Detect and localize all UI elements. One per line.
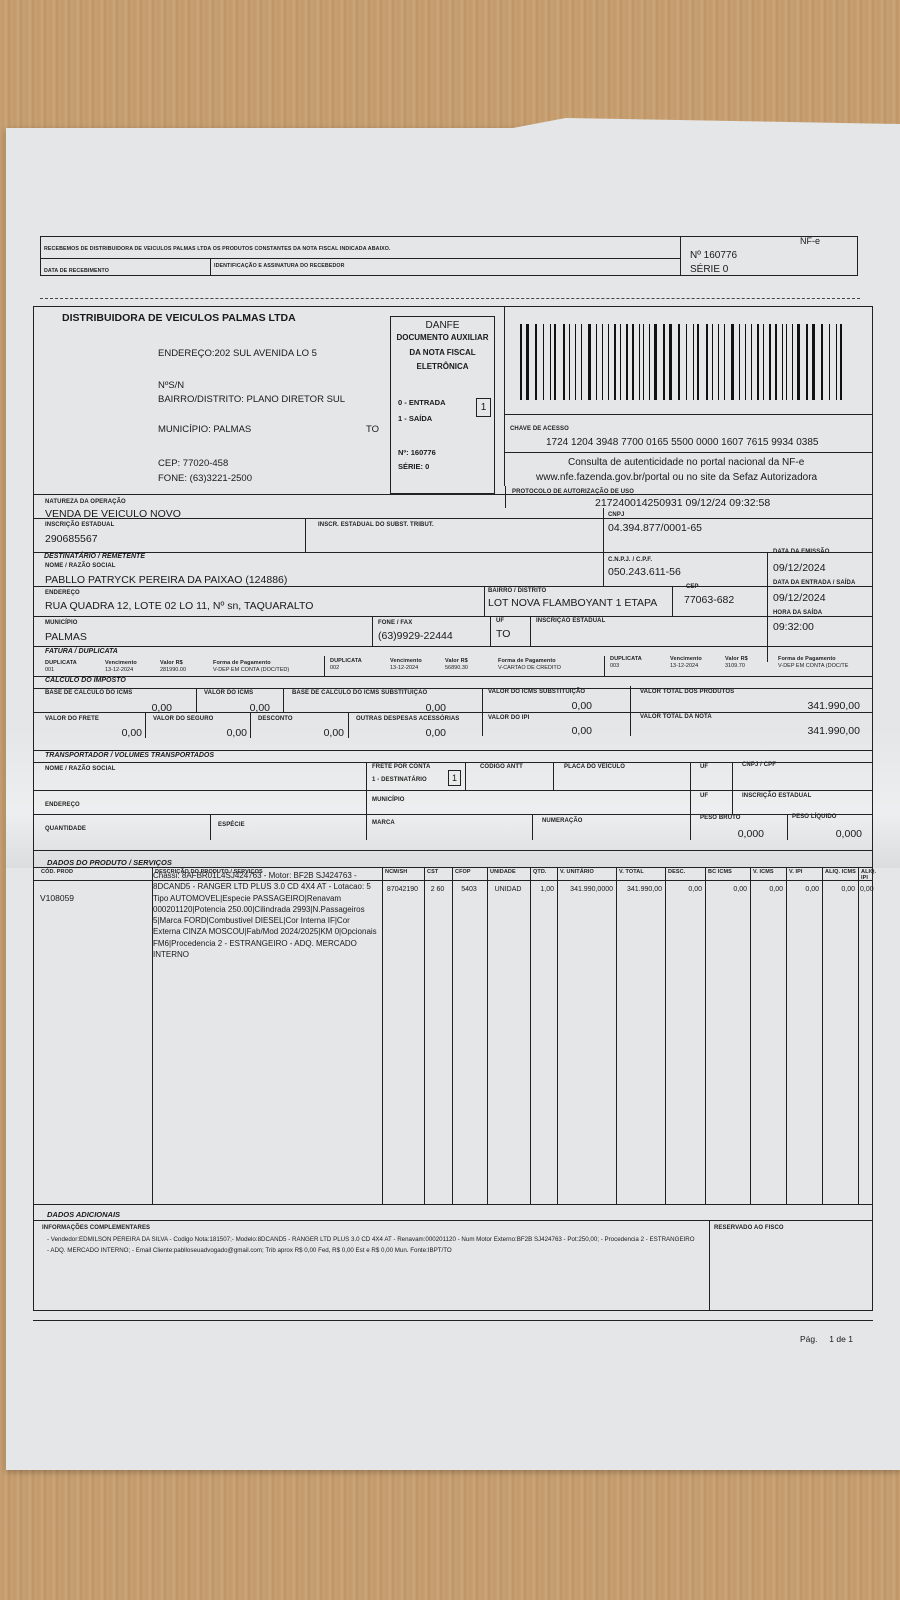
produto-col-header: V. TOTAL xyxy=(619,869,664,875)
divider xyxy=(452,867,453,1204)
divider xyxy=(33,790,873,791)
produto-cell-desc: 0,00 xyxy=(667,886,702,893)
fatura-cell: 56890.30 xyxy=(445,665,468,671)
produto-cell-aliq-icms: 0,00 xyxy=(824,886,855,893)
emissao-label: DATA DA EMISSÃO xyxy=(773,549,830,555)
total-nota: 341.990,00 xyxy=(700,725,860,737)
fatura-cell: V-DEP EM CONTA (DOC/TED) xyxy=(213,667,289,673)
fatura-cell: 13-12-2024 xyxy=(670,663,698,669)
divider xyxy=(33,586,873,587)
fatura-header: DUPLICATA xyxy=(45,660,77,666)
dest-uf: TO xyxy=(496,628,510,640)
protocolo-value: 217240014250931 09/12/24 09:32:58 xyxy=(595,497,770,509)
base-icms-label: BASE DE CALCULO DO ICMS xyxy=(45,690,132,696)
produto-cell-v-ipi: 0,00 xyxy=(788,886,819,893)
nfe-label: NF-e xyxy=(800,236,820,246)
divider xyxy=(33,1204,873,1205)
paper-fold xyxy=(460,118,900,138)
divider xyxy=(324,656,325,676)
produto-cell-aliq-ipi: 0,00 xyxy=(860,886,869,893)
divider xyxy=(210,814,211,840)
fatura-cell: V-DEP EM CONTA (DOC/TE xyxy=(778,663,848,669)
fatura-header: Forma de Pagamento xyxy=(213,660,271,666)
dest-bairro: LOT NOVA FLAMBOYANT 1 ETAPA xyxy=(488,597,657,609)
divider xyxy=(33,616,873,617)
transp-uf-label: UF xyxy=(700,764,708,770)
cut-line xyxy=(40,298,860,299)
divider xyxy=(603,508,604,552)
divider xyxy=(145,712,146,738)
hora-value: 09:32:00 xyxy=(773,621,814,633)
produto-col-header: CST xyxy=(427,869,451,875)
danfe-serie: SÉRIE: 0 xyxy=(398,462,429,471)
transp-uf2-label: UF xyxy=(700,793,708,799)
desconto-label: DESCONTO xyxy=(258,716,293,722)
divider xyxy=(616,867,617,1204)
fatura-header: Forma de Pagamento xyxy=(498,658,556,664)
fatura-cell: 003 xyxy=(610,663,619,669)
total-nota-label: VALOR TOTAL DA NOTA xyxy=(640,714,712,720)
divider xyxy=(630,686,631,736)
canhoto-serie: SÉRIE 0 xyxy=(690,264,728,275)
danfe-line3: ELETRÔNICA xyxy=(390,362,495,371)
produto-cell-v-total: 341.990,00 xyxy=(618,886,662,893)
danfe-line2: DA NOTA FISCAL xyxy=(390,348,495,357)
produto-cell-bc-icms: 0,00 xyxy=(707,886,747,893)
divider xyxy=(672,586,673,616)
desconto-value: 0,00 xyxy=(272,727,344,739)
antt-label: CÓDIGO ANTT xyxy=(480,764,523,770)
divider xyxy=(490,616,491,646)
base-st-label: BASE DE CALCULO DO ICMS SUBSTITUIÇÃO xyxy=(292,690,427,696)
produto-col-header: UNIDADE xyxy=(490,869,529,875)
dest-cep: 77063-682 xyxy=(684,594,734,606)
divider xyxy=(196,688,197,712)
divider xyxy=(33,518,873,519)
divider xyxy=(604,656,605,676)
produto-col-header: CÓD. PROD xyxy=(41,869,151,875)
outras-value: 0,00 xyxy=(380,727,446,739)
fatura-header: Valor R$ xyxy=(725,656,748,662)
divider xyxy=(33,646,873,647)
canhoto-numero: Nº 160776 xyxy=(690,250,737,261)
quantidade-label: QUANTIDADE xyxy=(45,826,86,832)
dest-fone: (63)9929-22444 xyxy=(378,630,453,642)
divider xyxy=(210,258,211,276)
produto-col-header: V. IPI xyxy=(789,869,821,875)
produto-col-header: ALIQ. ICMS xyxy=(825,869,857,875)
consulta-line2: www.nfe.fazenda.gov.br/portal ou no site… xyxy=(536,472,817,483)
divider xyxy=(283,688,284,712)
dest-cpf: 050.243.611-56 xyxy=(608,566,681,578)
divider xyxy=(305,518,306,552)
frete-conta-option: 1 - DESTINATÁRIO xyxy=(372,777,427,783)
divider xyxy=(33,688,873,689)
produto-col-header: V. UNITÁRIO xyxy=(560,869,615,875)
identificacao-label: IDENTIFICAÇÃO E ASSINATURA DO RECEBEDOR xyxy=(214,263,345,269)
danfe-entrada: 0 - ENTRADA xyxy=(398,398,446,407)
fatura-section: FATURA / DUPLICATA xyxy=(45,648,118,655)
dest-cep-label: CEP xyxy=(686,584,699,590)
entrada-saida-label: DATA DA ENTRADA / SAÍDA xyxy=(773,580,855,586)
emitente-endereco: ENDEREÇO:202 SUL AVENIDA LO 5 xyxy=(158,348,317,359)
fatura-header: Vencimento xyxy=(390,658,422,664)
transp-nome-label: NOME / RAZÃO SOCIAL xyxy=(45,766,116,772)
valor-icms-label: VALOR DO ICMS xyxy=(204,690,253,696)
frete-value: 0,00 xyxy=(70,727,142,739)
danfe-tipo-box: 1 xyxy=(476,398,491,417)
produto-col-header: CFOP xyxy=(455,869,486,875)
chave-label: CHAVE DE ACESSO xyxy=(510,426,569,432)
imposto-section: CALCULO DO IMPOSTO xyxy=(45,677,126,684)
fatura-header: Vencimento xyxy=(105,660,137,666)
divider xyxy=(40,258,680,259)
dest-fone-label: FONE / FAX xyxy=(378,620,412,626)
divider xyxy=(33,676,873,677)
divider xyxy=(33,814,873,815)
frete-conta-label: FRETE POR CONTA xyxy=(372,764,430,770)
adicionais-section: DADOS ADICIONAIS xyxy=(47,1210,120,1219)
produto-cell-v-icms: 0,00 xyxy=(752,886,783,893)
dest-nome: PABLLO PATRYCK PEREIRA DA PAIXAO (124886… xyxy=(45,574,287,586)
seguro-value: 0,00 xyxy=(175,727,247,739)
danfe-numero: Nº: 160776 xyxy=(398,448,436,457)
chave-value: 1724 1204 3948 7700 0165 5500 0000 1607 … xyxy=(546,437,819,448)
ie-label: INSCRIÇÃO ESTADUAL xyxy=(45,522,114,528)
cnpj-value: 04.394.877/0001-65 xyxy=(608,522,702,534)
dest-ie-label: INSCRIÇÃO ESTADUAL xyxy=(536,618,605,624)
transp-ie-label: INSCRIÇÃO ESTADUAL xyxy=(742,793,811,799)
total-produtos-label: VALOR TOTAL DOS PRODUTOS xyxy=(640,689,734,695)
peso-liquido-label: PESO LÍQUIDO xyxy=(792,814,837,820)
info-complementares: - Vendedor:EDMILSON PEREIRA DA SILVA - C… xyxy=(47,1234,697,1256)
frete-label: VALOR DO FRETE xyxy=(45,716,99,722)
divider xyxy=(603,552,604,586)
barcode-icon xyxy=(520,324,850,400)
divider xyxy=(709,1220,710,1310)
divider xyxy=(705,867,706,1204)
fatura-header: DUPLICATA xyxy=(610,656,642,662)
produto-cell-v-unit: 341.990,0000 xyxy=(559,886,613,893)
divider xyxy=(33,494,873,495)
peso-liquido: 0,000 xyxy=(792,828,862,840)
fisco-label: RESERVADO AO FISCO xyxy=(714,1225,784,1231)
outras-label: OUTRAS DESPESAS ACESSÓRIAS xyxy=(356,716,459,722)
danfe-title: DANFE xyxy=(390,320,495,331)
emitente-fone: FONE: (63)3221-2500 xyxy=(158,473,252,484)
divider xyxy=(33,552,873,553)
transp-cnpj-label: CNPJ / CPF xyxy=(742,762,776,768)
consulta-line1: Consulta de autenticidade no portal naci… xyxy=(568,457,804,468)
page-number: Pág. 1 de 1 xyxy=(800,1334,853,1344)
canhoto-recebemos: RECEBEMOS DE DISTRIBUIDORA DE VEICULOS P… xyxy=(44,246,391,252)
divider xyxy=(732,762,733,814)
produto-col-header: DESC. xyxy=(668,869,704,875)
fatura-header: Valor R$ xyxy=(160,660,183,666)
ie-value: 290685567 xyxy=(45,533,98,545)
transportador-section: TRANSPORTADOR / VOLUMES TRANSPORTADOS xyxy=(45,752,214,759)
divider xyxy=(822,867,823,1204)
produto-col-header: BC ICMS xyxy=(708,869,749,875)
emitente-numero: NºS/N xyxy=(158,380,184,391)
produto-cell-cst: 2 60 xyxy=(426,886,449,893)
fatura-cell: 001 xyxy=(45,667,54,673)
destinatario-section: DESTINATÁRIO / REMETENTE xyxy=(44,553,145,560)
transp-endereco-label: ENDEREÇO xyxy=(45,802,80,808)
produto-cell-ncm: 87042190 xyxy=(384,886,421,893)
emitente-uf: TO xyxy=(366,424,379,435)
entrada-saida-value: 09/12/2024 xyxy=(773,592,826,604)
dest-uf-label: UF xyxy=(496,618,504,624)
fatura-cell: 13-12-2024 xyxy=(390,665,418,671)
divider xyxy=(487,867,488,1204)
emitente-cep: CEP: 77020-458 xyxy=(158,458,228,469)
peso-bruto: 0,000 xyxy=(700,828,764,840)
divider xyxy=(484,586,485,616)
divider xyxy=(348,712,349,738)
ie-st-label: INSCR. ESTADUAL DO SUBST. TRIBUT. xyxy=(318,522,434,528)
cnpj-label: CNPJ xyxy=(608,512,624,518)
hora-label: HORA DA SAÍDA xyxy=(773,610,822,616)
divider xyxy=(33,712,873,713)
divider xyxy=(557,867,558,1204)
dest-nome-label: NOME / RAZÃO SOCIAL xyxy=(45,563,116,569)
divider xyxy=(690,762,691,814)
info-label: INFORMAÇÕES COMPLEMENTARES xyxy=(42,1225,150,1231)
dest-municipio-label: MUNICÍPIO xyxy=(45,620,78,626)
divider xyxy=(680,236,681,276)
divider xyxy=(690,814,691,840)
divider xyxy=(750,867,751,1204)
divider xyxy=(33,1220,873,1221)
danfe-line1: DOCUMENTO AUXILIAR xyxy=(390,333,495,342)
produto-col-header: NCM/SH xyxy=(385,869,423,875)
fatura-cell: 3109.70 xyxy=(725,663,745,669)
divider xyxy=(665,867,666,1204)
valor-st-label: VALOR DO ICMS SUBSTITUIÇÃO xyxy=(488,689,585,695)
divider xyxy=(33,1320,873,1321)
fatura-cell: 002 xyxy=(330,665,339,671)
divider xyxy=(33,750,873,751)
divider xyxy=(530,616,531,646)
fatura-header: DUPLICATA xyxy=(330,658,362,664)
divider xyxy=(786,867,787,1204)
divider xyxy=(787,814,788,840)
divider xyxy=(250,712,251,738)
transp-municipio-label: MUNICÍPIO xyxy=(372,797,405,803)
emitente-nome: DISTRIBUIDORA DE VEICULOS PALMAS LTDA xyxy=(62,312,296,324)
produto-cell-qtd: 1,00 xyxy=(532,886,554,893)
divider xyxy=(858,867,859,1204)
emitente-bairro: BAIRRO/DISTRITO: PLANO DIRETOR SUL xyxy=(158,394,345,405)
divider xyxy=(530,867,531,1204)
produto-col-header: QTD. xyxy=(533,869,556,875)
marca-label: MARCA xyxy=(372,820,395,826)
especie-label: ESPÉCIE xyxy=(218,822,245,828)
fatura-header: Vencimento xyxy=(670,656,702,662)
divider xyxy=(366,762,367,840)
divider xyxy=(504,306,505,486)
ipi-label: VALOR DO IPI xyxy=(488,715,529,721)
ipi-value: 0,00 xyxy=(520,725,592,737)
fatura-cell: V-CARTAO DE CREDITO xyxy=(498,665,561,671)
seguro-label: VALOR DO SEGURO xyxy=(153,716,213,722)
divider xyxy=(504,414,873,415)
numeracao-label: NUMERAÇÃO xyxy=(542,818,583,824)
emitente-municipio: MUNICÍPIO: PALMAS xyxy=(158,424,251,435)
danfe-saida: 1 - SAÍDA xyxy=(398,414,432,423)
divider xyxy=(553,762,554,790)
prod-cod: V108059 xyxy=(40,893,74,903)
fatura-header: Valor R$ xyxy=(445,658,468,664)
divider xyxy=(382,867,383,1204)
dest-endereco-label: ENDEREÇO xyxy=(45,590,80,596)
produto-col-header: V. ICMS xyxy=(753,869,785,875)
produto-col-header: ALIQ. IPI xyxy=(861,869,871,881)
divider xyxy=(33,850,873,851)
divider xyxy=(465,762,466,790)
divider xyxy=(33,867,873,868)
fatura-header: Forma de Pagamento xyxy=(778,656,836,662)
dest-municipio: PALMAS xyxy=(45,631,87,643)
divider xyxy=(372,616,373,646)
fatura-cell: 281990.00 xyxy=(160,667,186,673)
divider xyxy=(505,486,506,508)
emissao-value: 09/12/2024 xyxy=(773,562,826,574)
data-recebimento-label: DATA DE RECEBIMENTO xyxy=(44,268,109,274)
frete-conta-box: 1 xyxy=(448,770,461,786)
dest-bairro-label: BAIRRO / DISTRITO xyxy=(488,588,546,594)
natureza-label: NATUREZA DA OPERAÇÃO xyxy=(45,499,126,505)
produto-cell-unidade: UNIDAD xyxy=(489,886,527,893)
produto-cell-cfop: 5403 xyxy=(454,886,484,893)
divider xyxy=(504,452,873,453)
divider xyxy=(532,814,533,840)
total-produtos: 341.990,00 xyxy=(700,700,860,712)
peso-bruto-label: PESO BRUTO xyxy=(700,815,741,821)
dest-endereco: RUA QUADRA 12, LOTE 02 LO 11, Nº sn, TAQ… xyxy=(45,600,313,612)
protocolo-label: PROTOCOLO DE AUTORIZAÇÃO DE USO xyxy=(512,489,634,495)
valor-st: 0,00 xyxy=(520,700,592,712)
fatura-cell: 13-12-2024 xyxy=(105,667,133,673)
divider xyxy=(424,867,425,1204)
dest-cpf-label: C.N.P.J. / C.P.F. xyxy=(608,557,652,563)
placa-label: PLACA DO VEÍCULO xyxy=(564,764,625,770)
prod-descricao: Chassi: 8AFBR01L4SJ424763 - Motor: BF2B … xyxy=(153,870,378,960)
produtos-section: DADOS DO PRODUTO / SERVIÇOS xyxy=(47,858,172,867)
